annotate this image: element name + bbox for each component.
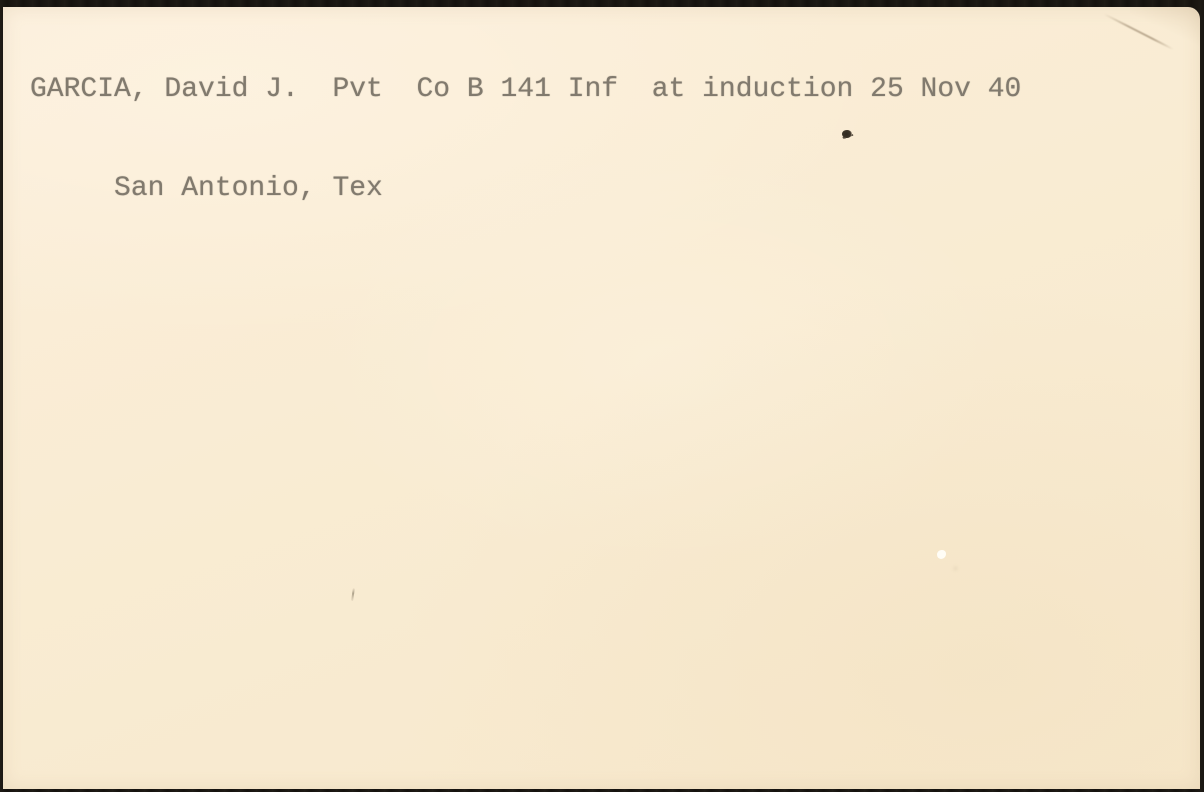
typed-text-block: GARCIA, David J. Pvt Co B 141 Inf at ind… <box>30 7 1021 271</box>
corner-crease-shading <box>1130 7 1200 47</box>
typed-line-2: San Antonio, Tex <box>30 172 1021 205</box>
scan-border: GARCIA, David J. Pvt Co B 141 Inf at ind… <box>0 0 1204 792</box>
white-speck <box>937 550 946 559</box>
typed-line-1: GARCIA, David J. Pvt Co B 141 Inf at ind… <box>30 73 1021 106</box>
pencil-mark <box>351 588 355 601</box>
index-card: GARCIA, David J. Pvt Co B 141 Inf at ind… <box>3 7 1200 789</box>
